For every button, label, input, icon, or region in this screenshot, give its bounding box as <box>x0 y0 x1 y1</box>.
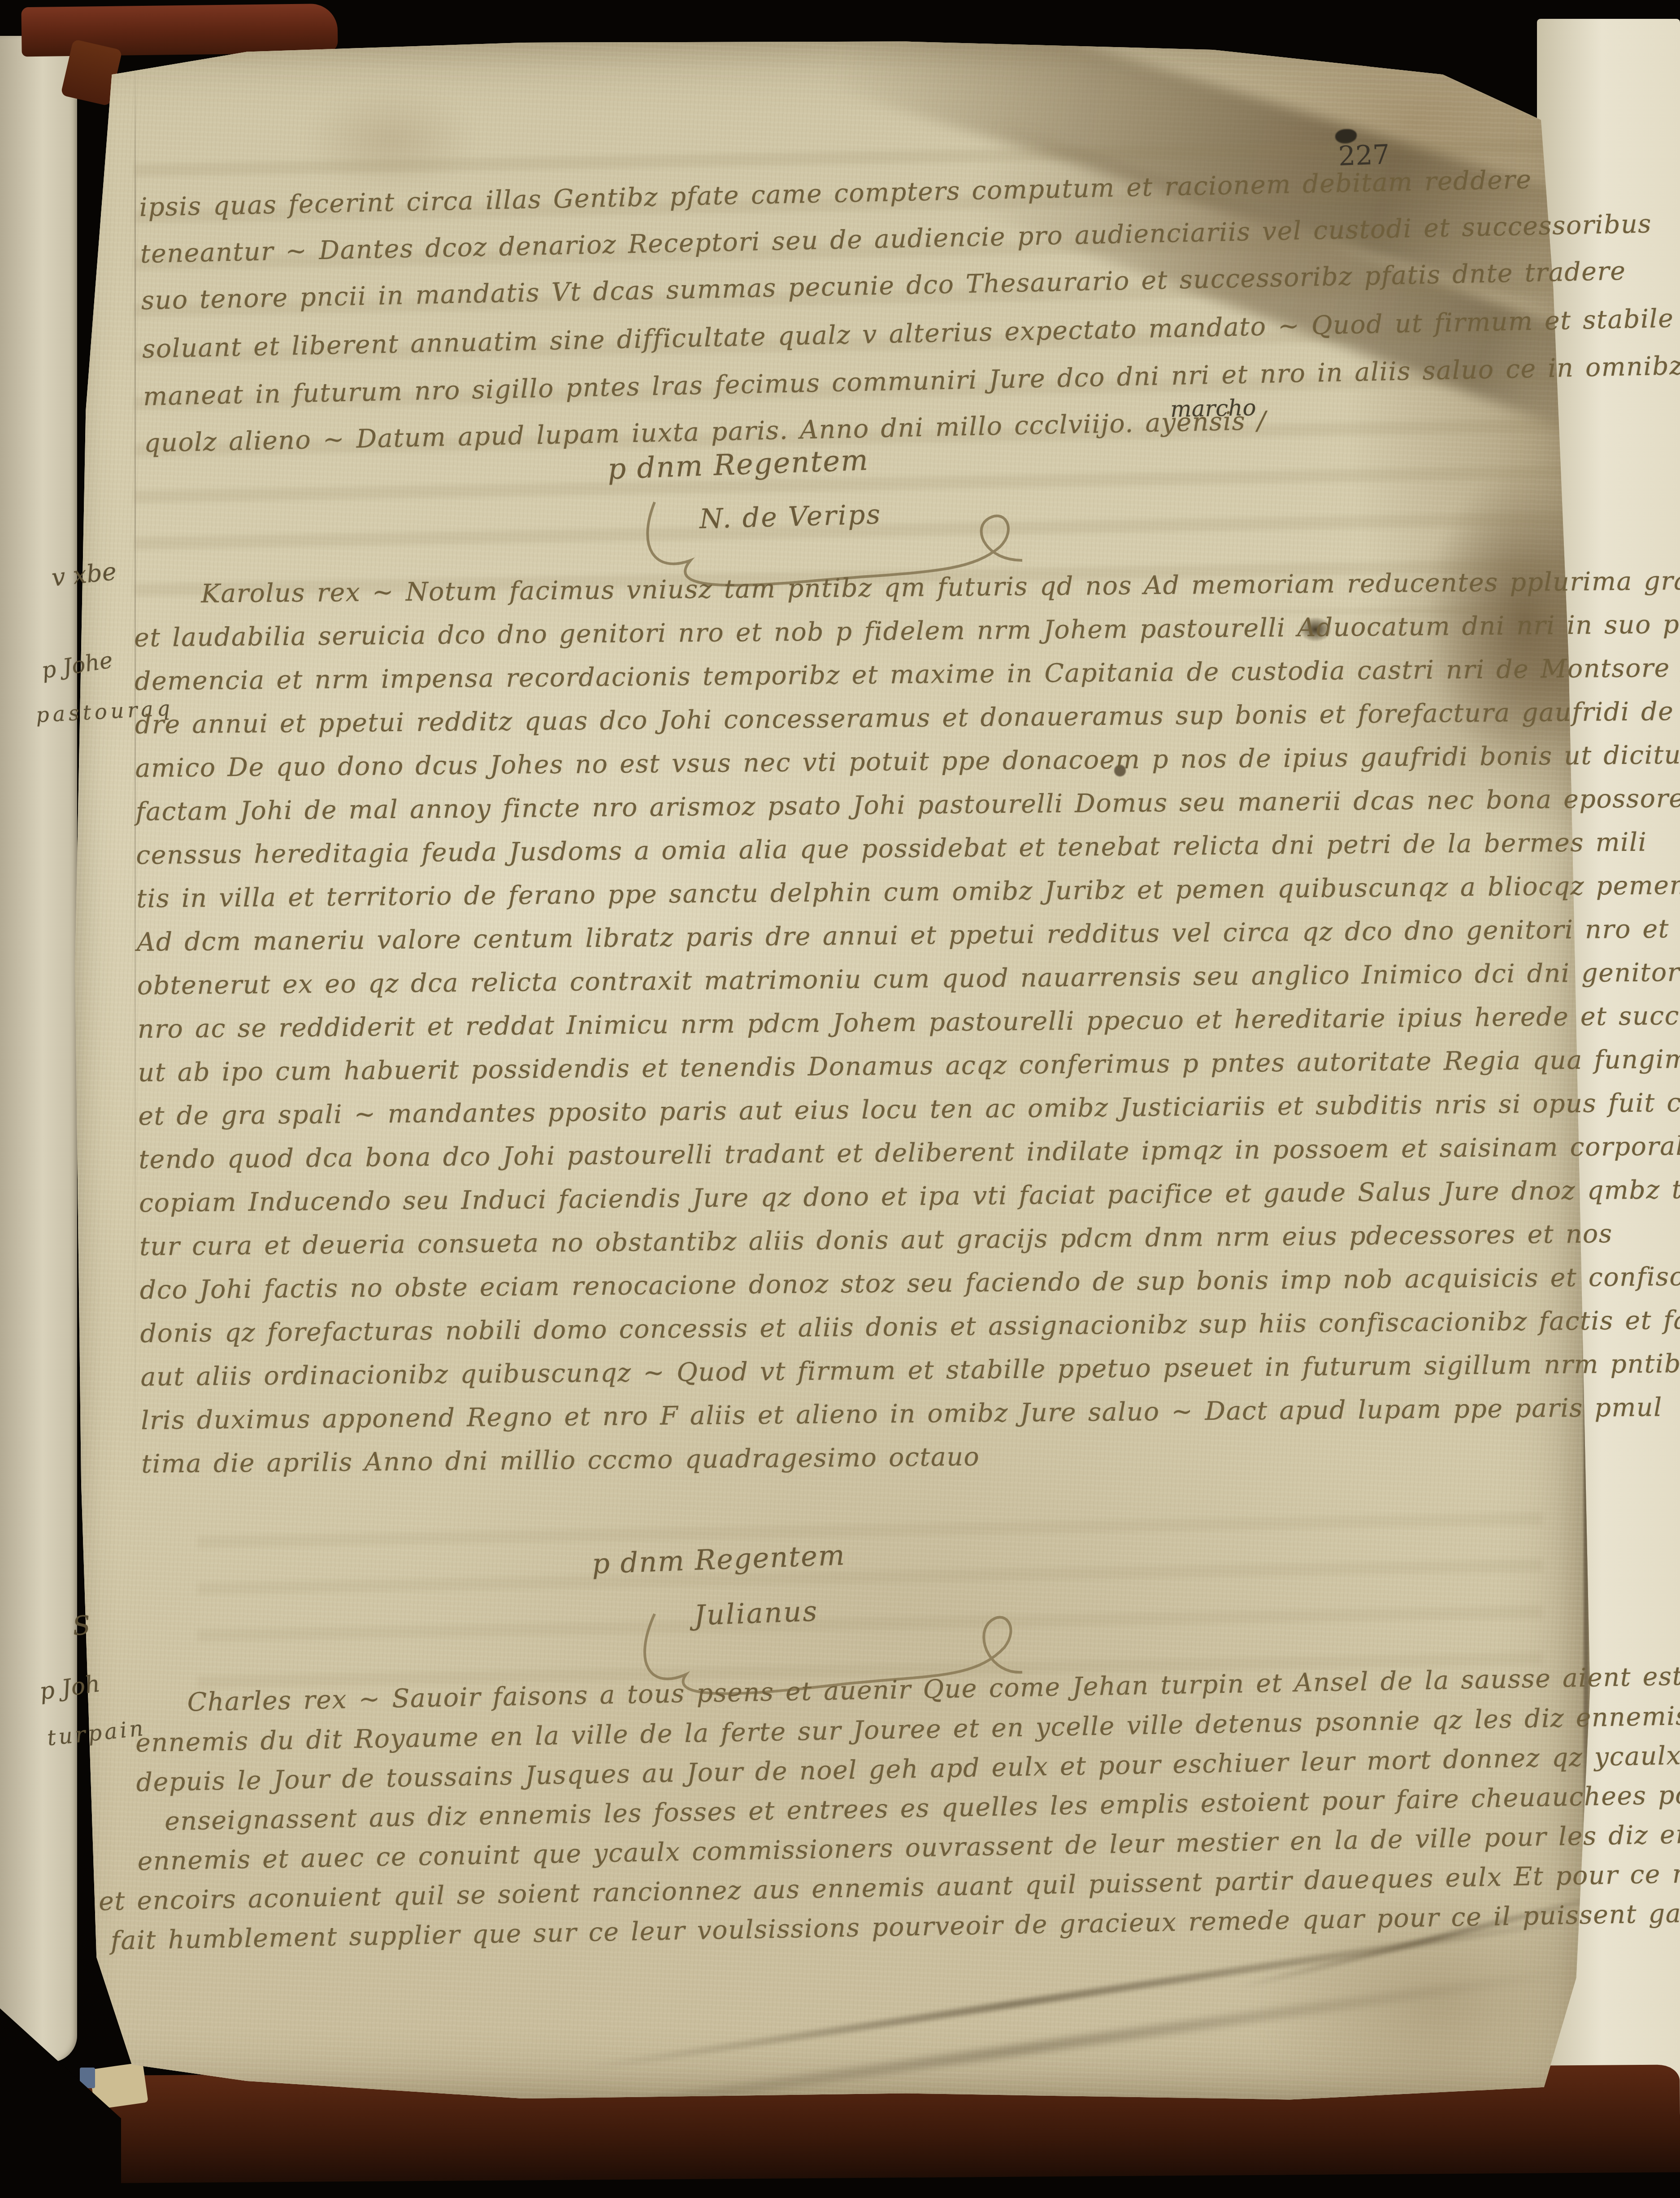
manuscript-photo: 227 ipsis quas fecerint circa illas Gent… <box>0 0 1680 2198</box>
added-month-note: marcho <box>1170 395 1257 422</box>
binding-leather-top <box>21 4 338 57</box>
previous-page-edge <box>0 36 77 2062</box>
folio-number: 227 <box>1338 139 1390 172</box>
margin-mark-2: S <box>71 1609 92 1641</box>
